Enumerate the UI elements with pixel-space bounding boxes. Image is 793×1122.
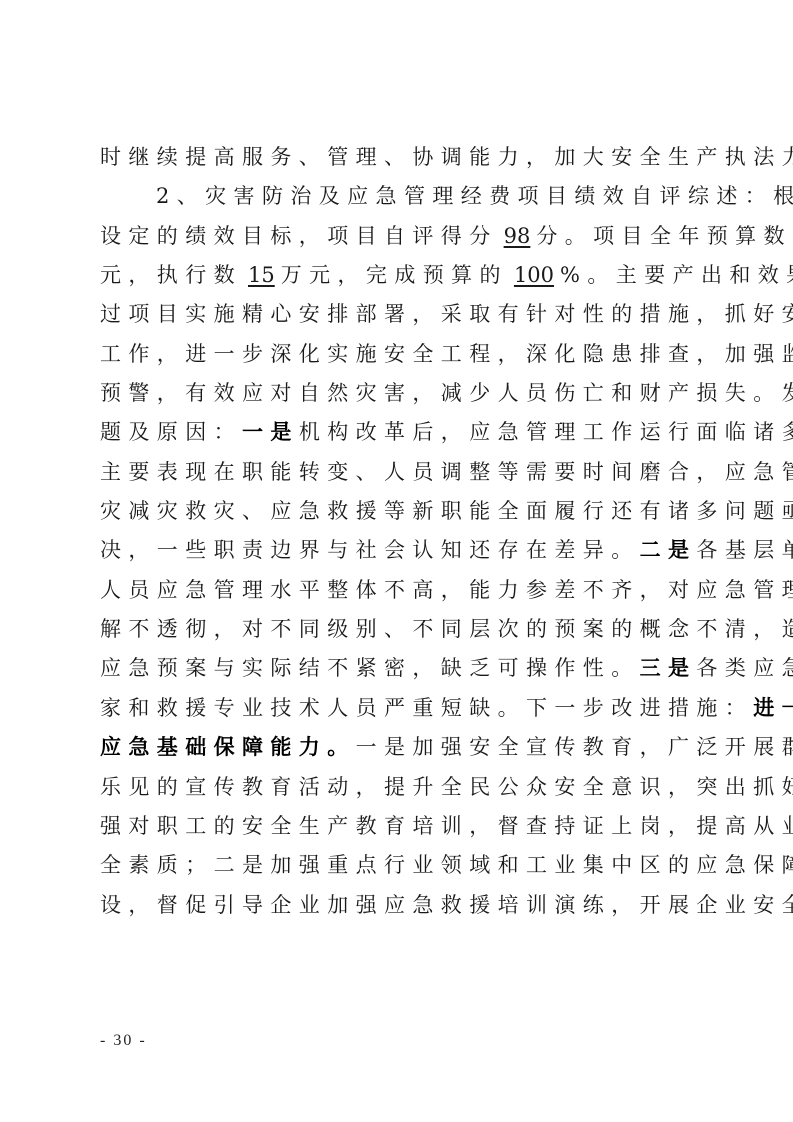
text-segment: 元，执行数 — [100, 263, 242, 287]
text-segment: 主要表现在职能转变、人员调整等需要时间磨合，应急管理、防 — [100, 460, 793, 484]
text-segment: 预警，有效应对自然灾害，减少人员伤亡和财产损失。发现的问 — [100, 381, 793, 405]
text-segment: 解不透彻，对不同级别、不同层次的预案的概念不清，造成部分 — [100, 617, 793, 641]
text-segment: 一是加强安全宣传教育，广泛开展群众喜闻 — [356, 735, 793, 759]
text-segment: 各类应急管理专 — [696, 656, 793, 680]
text-line: 人员应急管理水平整体不高，能力参差不齐，对应急管理理念理 — [100, 575, 700, 614]
text-segment: 应急预案与实际结不紧密，缺乏可操作性。 — [100, 656, 640, 680]
text-segment: 人员应急管理水平整体不高，能力参差不齐，对应急管理理念理 — [100, 578, 793, 602]
text-line: 预警，有效应对自然灾害，减少人员伤亡和财产损失。发现的问 — [100, 378, 700, 417]
bold-text: 三是 — [640, 655, 697, 680]
text-segment: 各基层单位工作 — [696, 538, 793, 562]
text-line: 题及原因：一是机构改革后，应急管理工作运行面临诸多困难， — [100, 417, 700, 456]
text-line: 强对职工的安全生产教育培训，督查持证上岗，提高从业人员安 — [100, 811, 700, 850]
bold-text: 应急基础保障能力。 — [100, 734, 356, 759]
underlined-value: 15 — [242, 263, 281, 287]
bold-text: 二是 — [640, 537, 697, 562]
text-line: 工作，进一步深化实施安全工程，深化隐患排查，加强监测预报 — [100, 339, 700, 378]
text-segment: 题及原因： — [100, 420, 242, 444]
text-segment: 设，督促引导企业加强应急救援培训演练，开展企业安全生产应 — [100, 893, 793, 917]
text-segment: 时继续提高服务、管理、协调能力，加大安全生产执法力度。 — [100, 145, 793, 169]
bold-text: 进一步提高 — [753, 695, 793, 720]
text-segment: 乐见的宣传教育活动，提升全民公众安全意识，突出抓好企业加 — [100, 775, 793, 799]
text-segment: 过项目实施精心安排部署，采取有针对性的措施，抓好安全防范 — [100, 302, 793, 326]
text-line: 应急预案与实际结不紧密，缺乏可操作性。三是各类应急管理专 — [100, 653, 700, 692]
text-segment: 灾减灾救灾、应急救援等新职能全面履行还有诸多问题亟待解 — [100, 499, 793, 523]
text-segment: 全素质；二是加强重点行业领域和工业集中区的应急保障能力建 — [100, 853, 793, 877]
text-segment: 设定的绩效目标，项目自评得分 — [100, 224, 498, 248]
text-line: 应急基础保障能力。一是加强安全宣传教育，广泛开展群众喜闻 — [100, 732, 700, 771]
text-segment: 机构改革后，应急管理工作运行面临诸多困难， — [299, 420, 793, 444]
text-line: 解不透彻，对不同级别、不同层次的预案的概念不清，造成部分 — [100, 614, 700, 653]
document-body: 时继续提高服务、管理、协调能力，加大安全生产执法力度。2、灾害防治及应急管理经费… — [100, 142, 700, 929]
text-line: 设，督促引导企业加强应急救援培训演练，开展企业安全生产应 — [100, 890, 700, 929]
bold-text: 一是 — [242, 419, 299, 444]
text-line: 时继续提高服务、管理、协调能力，加大安全生产执法力度。 — [100, 142, 700, 181]
text-line: 家和救援专业技术人员严重短缺。下一步改进措施：进一步提高 — [100, 693, 700, 732]
text-segment: 万元，完成预算的 — [281, 263, 508, 287]
text-segment: 分。项目全年预算数 — [536, 224, 792, 248]
text-line: 决，一些职责边界与社会认知还存在差异。二是各基层单位工作 — [100, 535, 700, 574]
text-line: 全素质；二是加强重点行业领域和工业集中区的应急保障能力建 — [100, 850, 700, 889]
text-line: 主要表现在职能转变、人员调整等需要时间磨合，应急管理、防 — [100, 457, 700, 496]
text-segment: 家和救援专业技术人员严重短缺。下一步改进措施： — [100, 696, 753, 720]
text-line: 元，执行数15万元，完成预算的100%。主要产出和效果：通 — [100, 260, 700, 299]
text-segment: 强对职工的安全生产教育培训，督查持证上岗，提高从业人员安 — [100, 814, 793, 838]
text-line: 设定的绩效目标，项目自评得分98分。项目全年预算数15万 — [100, 221, 700, 260]
text-line: 灾减灾救灾、应急救援等新职能全面履行还有诸多问题亟待解 — [100, 496, 700, 535]
underlined-value: 98 — [498, 224, 537, 248]
text-segment: 2、灾害防治及应急管理经费项目绩效自评综述：根据年初 — [156, 184, 793, 208]
text-line: 乐见的宣传教育活动，提升全民公众安全意识，突出抓好企业加 — [100, 772, 700, 811]
text-segment: 决，一些职责边界与社会认知还存在差异。 — [100, 538, 640, 562]
text-line: 过项目实施精心安排部署，采取有针对性的措施，抓好安全防范 — [100, 299, 700, 338]
page-number: - 30 - — [100, 1032, 147, 1050]
underlined-value: 100 — [508, 263, 560, 287]
text-segment: 工作，进一步深化实施安全工程，深化隐患排查，加强监测预报 — [100, 342, 793, 366]
text-segment: %。主要产出和效果：通 — [560, 263, 793, 287]
text-line: 2、灾害防治及应急管理经费项目绩效自评综述：根据年初 — [100, 181, 700, 220]
